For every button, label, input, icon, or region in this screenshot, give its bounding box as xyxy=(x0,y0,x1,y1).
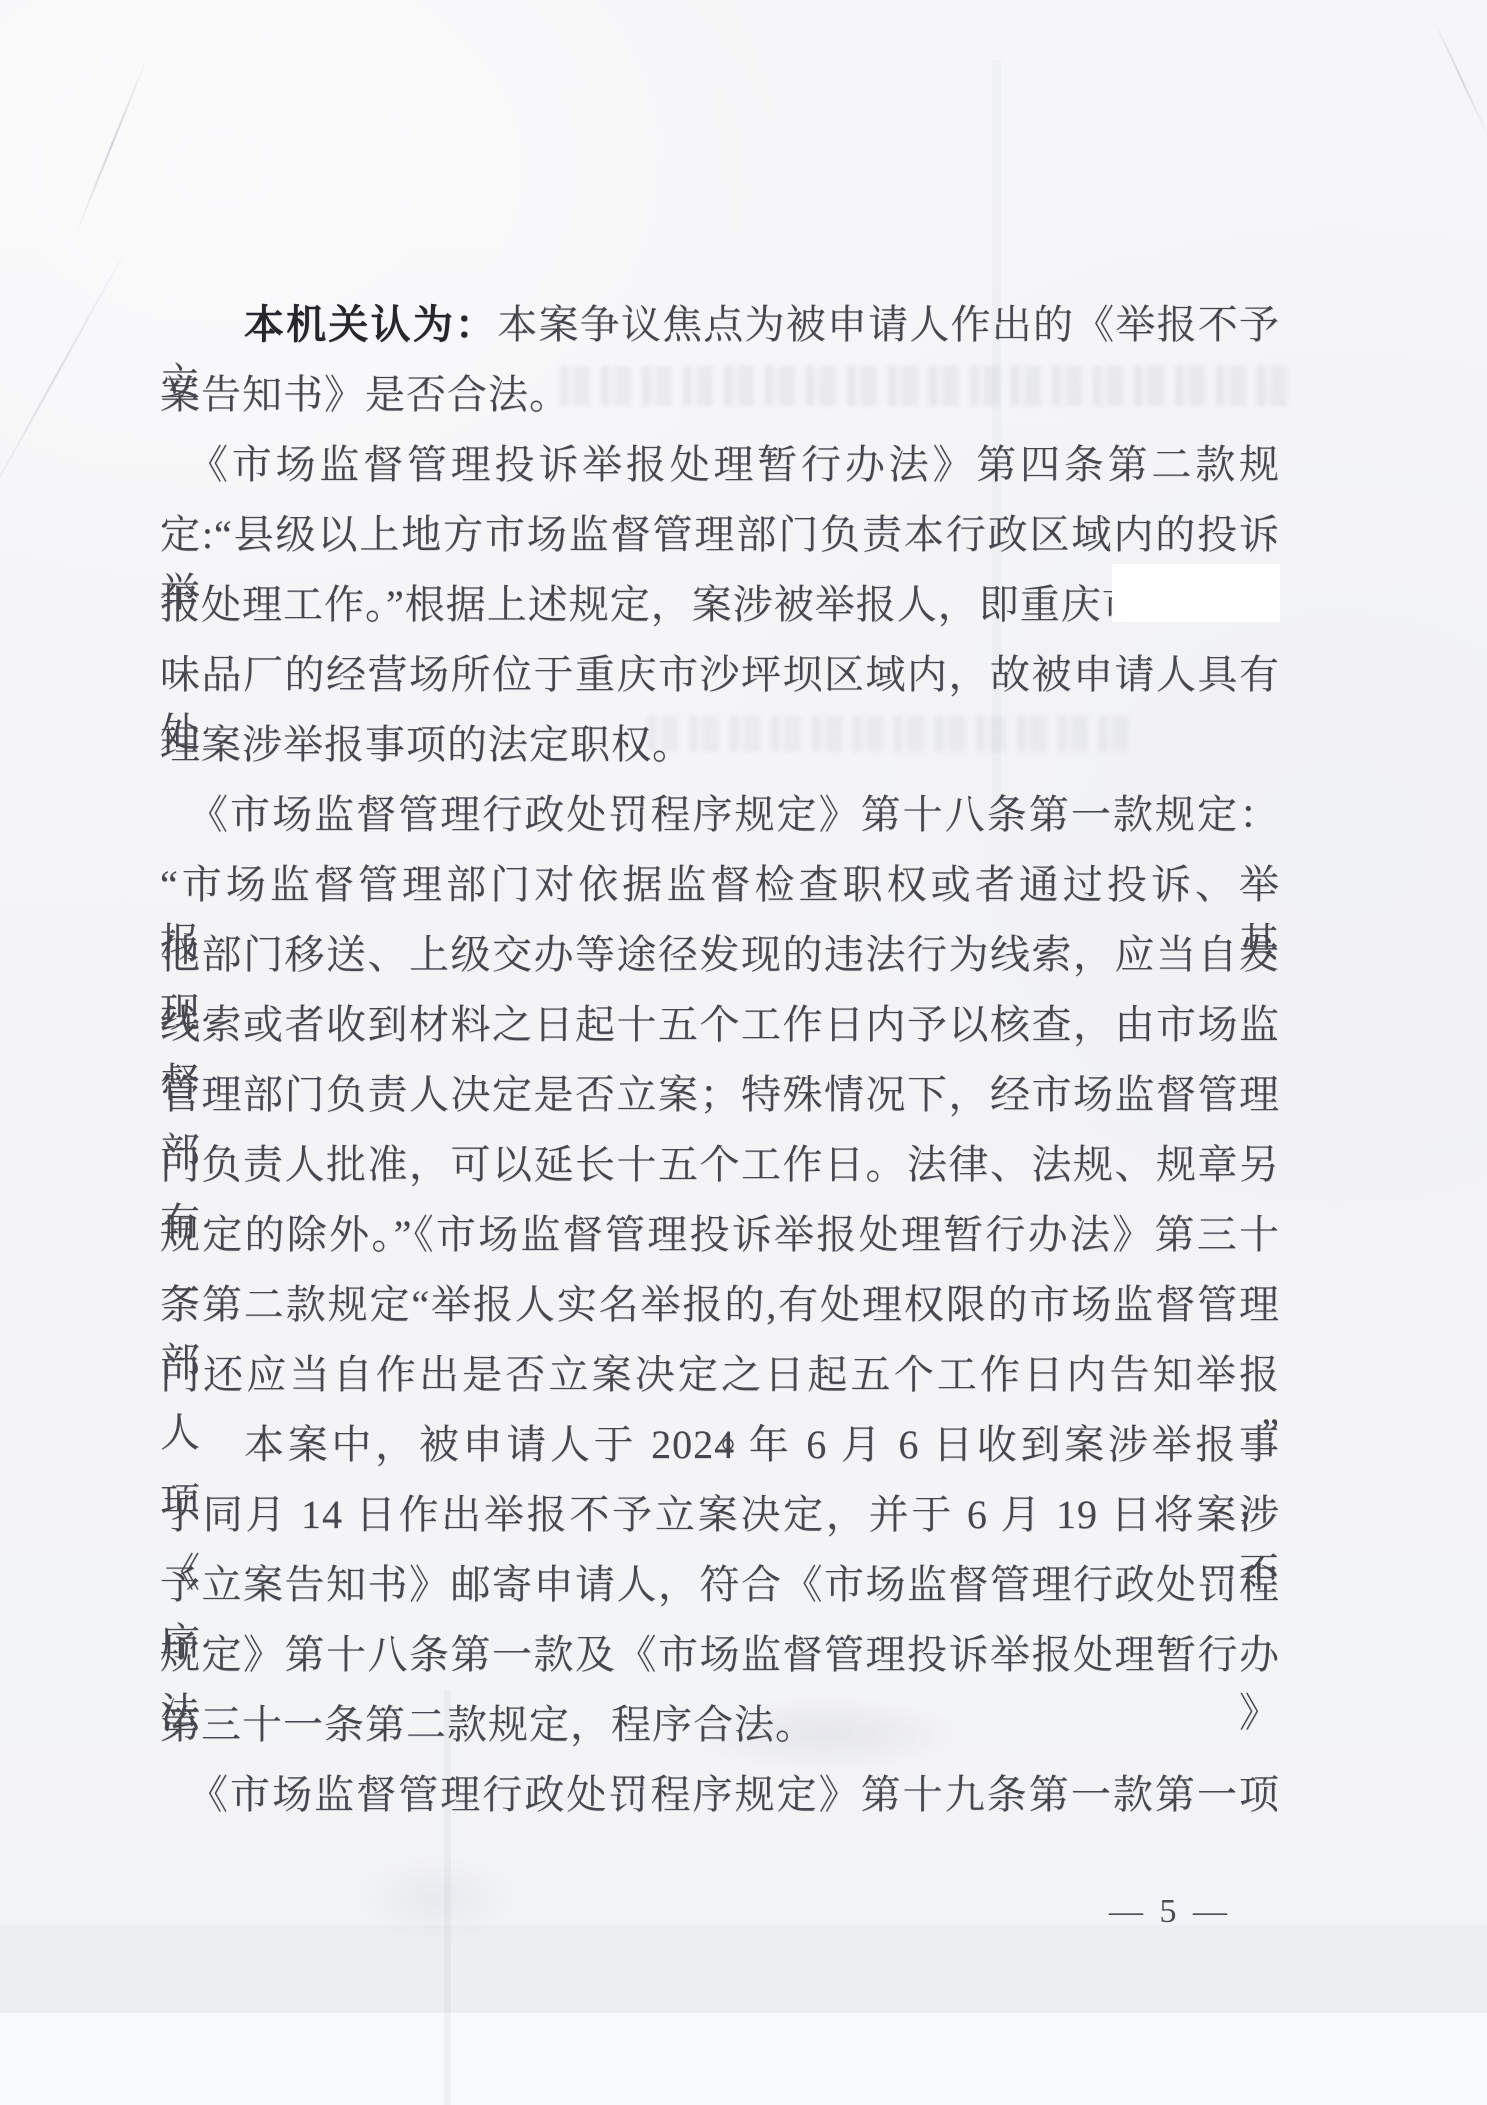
scan-band xyxy=(0,2013,1487,2105)
text-line: 条第二款规定“举报人实名举报的,有处理权限的市场监督管理部 xyxy=(160,1276,1280,1346)
scan-band xyxy=(0,1925,1487,2013)
text-line: 于同月 14 日作出举报不予立案决定，并于 6 月 19 日将案涉《不 xyxy=(160,1486,1280,1556)
text-line: 门负责人批准，可以延长十五个工作日。法律、法规、规章另有 xyxy=(160,1136,1280,1206)
redaction-box xyxy=(1112,564,1280,622)
text-line: 规定》第十八条第一款及《市场监督管理投诉举报处理暂行办法》 xyxy=(160,1626,1280,1696)
scanned-page: 本机关认为：本案争议焦点为被申请人作出的《举报不予立案告知书》是否合法。《市场监… xyxy=(0,0,1487,2105)
text-line: 《市场监督管理行政处罚程序规定》第十八条第一款规定： xyxy=(160,786,1280,856)
text-line: 报处理工作。”根据上述规定，案涉被举报人，即重庆市 xyxy=(160,576,1280,646)
text-line: 门还应当自作出是否立案决定之日起五个工作日内告知举报人。” xyxy=(160,1346,1280,1416)
page-number: — 5 — xyxy=(1090,1893,1250,1931)
text-line: 规定的除外。”《市场监督管理投诉举报处理暂行办法》第三十一 xyxy=(160,1206,1280,1276)
text-line: 他部门移送、上级交办等途径发现的违法行为线索，应当自发现 xyxy=(160,926,1280,996)
text-line: 《市场监督管理投诉举报处理暂行办法》第四条第二款规 xyxy=(160,436,1280,506)
text-line: 予立案告知书》邮寄申请人，符合《市场监督管理行政处罚程序 xyxy=(160,1556,1280,1626)
text-line: “市场监督管理部门对依据监督检查职权或者通过投诉、举报、其 xyxy=(160,856,1280,926)
text-line: 管理部门负责人决定是否立案；特殊情况下，经市场监督管理部 xyxy=(160,1066,1280,1136)
text-line: 《市场监督管理行政处罚程序规定》第十九条第一款第一项 xyxy=(160,1766,1280,1836)
text-line: 本案中，被申请人于 2024 年 6 月 6 日收到案涉举报事项， xyxy=(160,1416,1280,1486)
paragraph-lead-bold: 本机关认为： xyxy=(244,303,497,347)
text-line: 本机关认为：本案争议焦点为被申请人作出的《举报不予立 xyxy=(160,296,1280,366)
fold-crease xyxy=(75,57,148,234)
scan-smudge xyxy=(356,1856,516,1942)
text-line: 线索或者收到材料之日起十五个工作日内予以核查，由市场监督 xyxy=(160,996,1280,1066)
document-body: 本机关认为：本案争议焦点为被申请人作出的《举报不予立案告知书》是否合法。《市场监… xyxy=(160,296,1280,1836)
page-corner-crease xyxy=(1432,18,1487,138)
text-line: 理案涉举报事项的法定职权。 xyxy=(160,716,1280,786)
text-line: 案告知书》是否合法。 xyxy=(160,366,1280,436)
fold-crease xyxy=(0,247,128,510)
text-line: 味品厂的经营场所位于重庆市沙坪坝区域内，故被申请人具有处 xyxy=(160,646,1280,716)
